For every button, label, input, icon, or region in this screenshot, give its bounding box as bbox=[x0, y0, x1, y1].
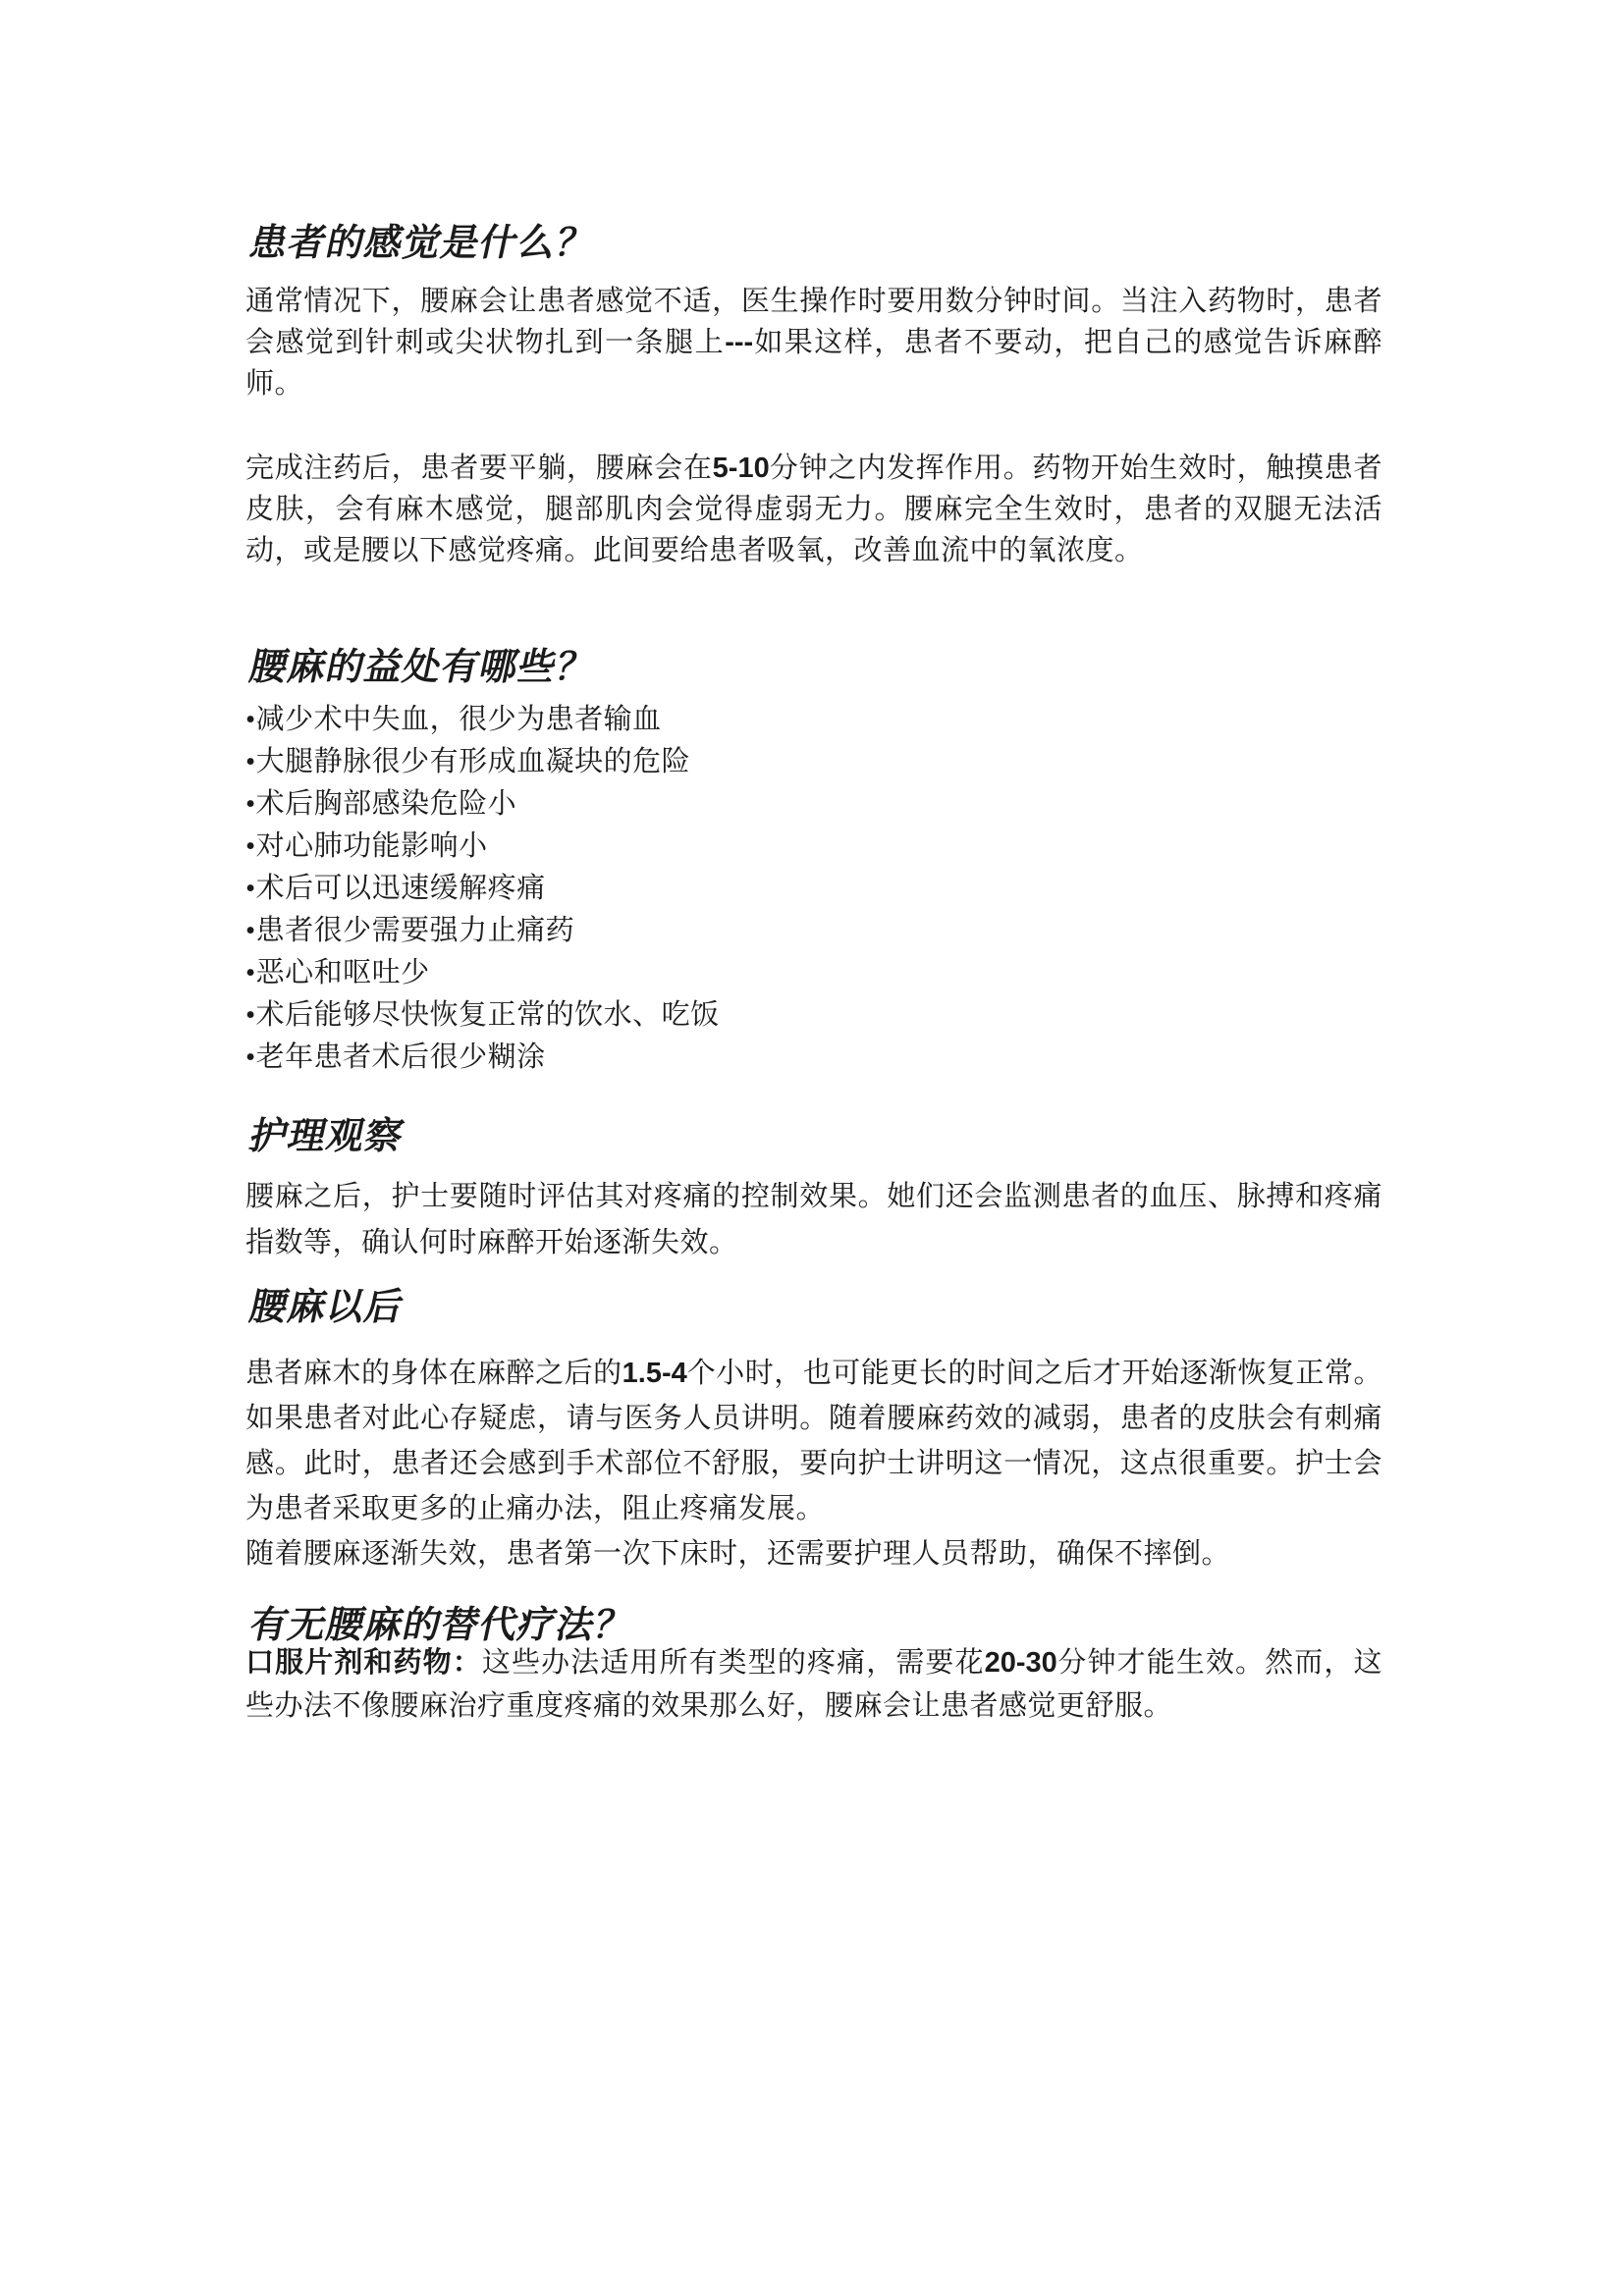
benefit-item: •大腿静脉很少有形成血凝块的危险 bbox=[245, 741, 1382, 783]
heading-text: 腰麻的益处有哪些？ bbox=[245, 636, 602, 690]
benefit-item: •术后可以迅速缓解疼痛 bbox=[245, 868, 1382, 910]
benefit-item: •术后胸部感染危险小 bbox=[245, 783, 1382, 826]
benefit-item: •老年患者术后很少糊涂 bbox=[245, 1037, 1382, 1079]
benefit-item: •患者很少需要强力止痛药 bbox=[245, 910, 1382, 952]
paragraph-nursing-observation: 腰麻之后，护士要随时评估其对疼痛的控制效果。她们还会监测患者的血压、脉搏和疼痛指… bbox=[245, 1174, 1382, 1266]
document-page: 患者的感觉是什么？ 通常情况下，腰麻会让患者感觉不适，医生操作时要用数分钟时间。… bbox=[0, 0, 1624, 2296]
section-heading-after-spinal: 腰麻以后 bbox=[245, 1276, 1382, 1330]
text-run: 1.5-4 bbox=[623, 1358, 687, 1389]
benefit-item: •术后能够尽快恢复正常的饮水、吃饭 bbox=[245, 994, 1382, 1037]
text-run: --- bbox=[725, 327, 753, 358]
text-run: 5-10 bbox=[713, 453, 770, 484]
paragraph-patient-feeling-2: 完成注药后，患者要平躺，腰麻会在5-10分钟之内发挥作用。药物开始生效时，触摸患… bbox=[245, 448, 1382, 571]
section-heading-alternatives: 有无腰麻的替代疗法？ bbox=[245, 1594, 1382, 1648]
benefit-item: •减少术中失血，很少为患者输血 bbox=[245, 699, 1382, 741]
text-run: 完成注药后，患者要平躺，腰麻会在 bbox=[245, 453, 713, 484]
benefits-list: •减少术中失血，很少为患者输血•大腿静脉很少有形成血凝块的危险•术后胸部感染危险… bbox=[245, 699, 1382, 1079]
text-run: 患者麻木的身体在麻醉之后的 bbox=[245, 1358, 623, 1389]
benefit-item: •恶心和呕吐少 bbox=[245, 952, 1382, 994]
text-run: 这些办法适用所有类型的疼痛，需要花 bbox=[482, 1647, 985, 1679]
text-run: 口服片剂和药物： bbox=[245, 1647, 482, 1679]
paragraph-patient-feeling-1: 通常情况下，腰麻会让患者感觉不适，医生操作时要用数分钟时间。当注入药物时，患者会… bbox=[245, 281, 1382, 404]
heading-text: 护理观察 bbox=[245, 1105, 410, 1159]
benefit-item: •对心肺功能影响小 bbox=[245, 826, 1382, 868]
text-run: 20-30 bbox=[985, 1647, 1057, 1679]
paragraph-alternatives: 口服片剂和药物：这些办法适用所有类型的疼痛，需要花20-30分钟才能生效。然而，… bbox=[245, 1641, 1382, 1728]
heading-text: 腰麻以后 bbox=[245, 1276, 410, 1330]
section-heading-nursing-observation: 护理观察 bbox=[245, 1105, 1382, 1159]
heading-text: 患者的感觉是什么？ bbox=[245, 212, 602, 266]
section-heading-patient-feeling: 患者的感觉是什么？ bbox=[245, 212, 1382, 266]
paragraph-after-spinal-getup: 随着腰麻逐渐失效，患者第一次下床时，还需要护理人员帮助，确保不摔倒。 bbox=[245, 1531, 1382, 1576]
heading-text: 有无腰麻的替代疗法？ bbox=[245, 1594, 640, 1648]
section-heading-benefits: 腰麻的益处有哪些？ bbox=[245, 636, 1382, 690]
paragraph-after-spinal: 患者麻木的身体在麻醉之后的1.5-4个小时，也可能更长的时间之后才开始逐渐恢复正… bbox=[245, 1351, 1382, 1531]
